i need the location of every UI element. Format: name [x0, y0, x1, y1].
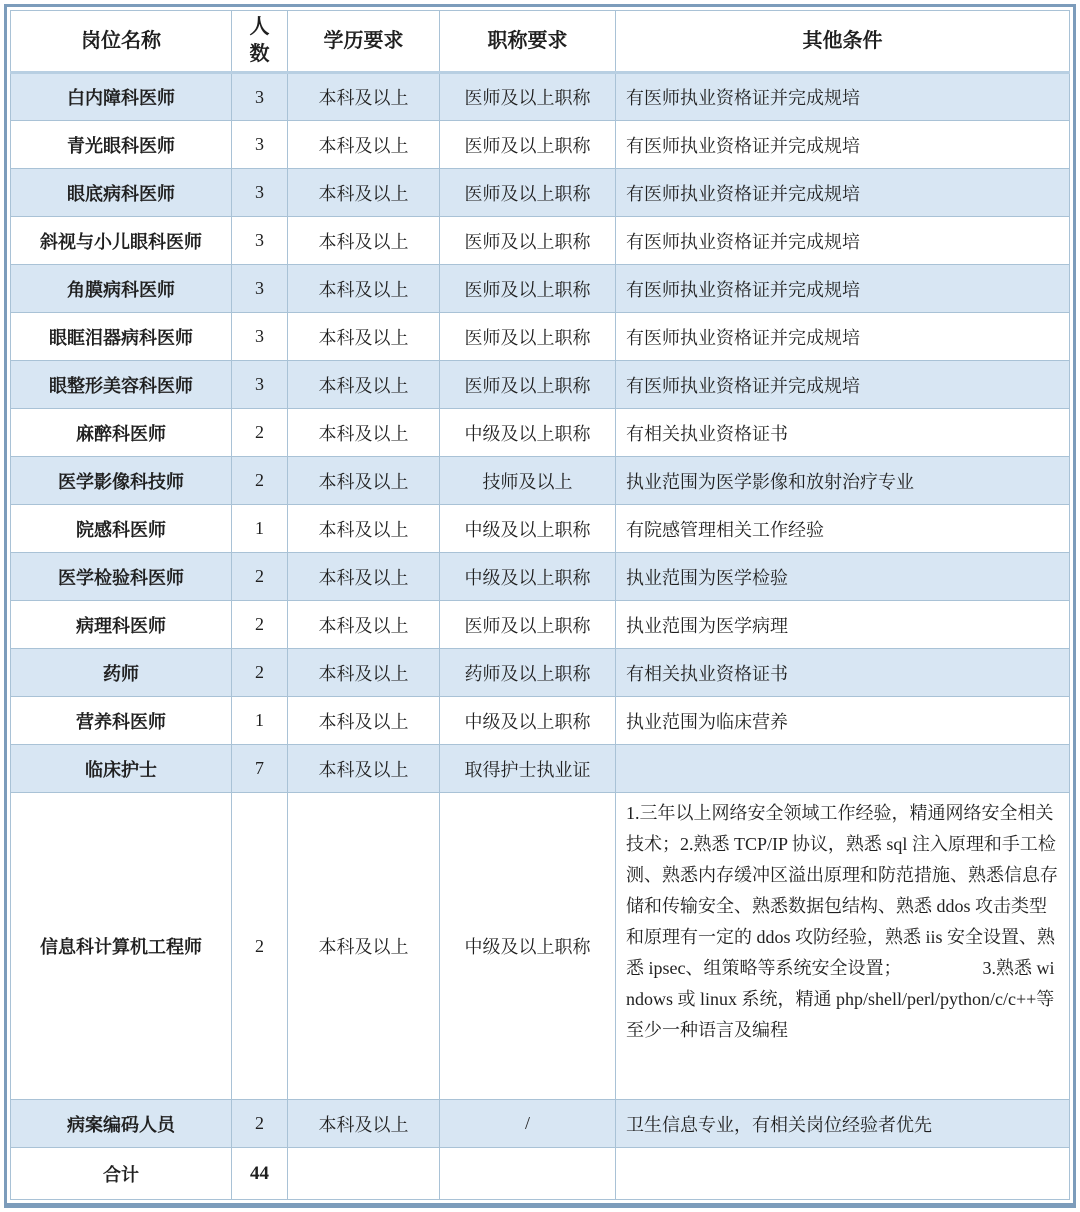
cell-position: 合计: [11, 1148, 232, 1200]
cell-position: 角膜病科医师: [11, 265, 232, 313]
recruitment-table: 岗位名称 人数 学历要求 职称要求 其他条件 白内障科医师3本科及以上医师及以上…: [10, 10, 1070, 1200]
cell-count: 2: [232, 1100, 288, 1148]
cell-title: 医师及以上职称: [440, 313, 616, 361]
table-row: 白内障科医师3本科及以上医师及以上职称有医师执业资格证并完成规培: [11, 73, 1070, 121]
cell-count: 3: [232, 361, 288, 409]
cell-other: 有院感管理相关工作经验: [616, 505, 1070, 553]
cell-other: 有医师执业资格证并完成规培: [616, 121, 1070, 169]
cell-position: 病理科医师: [11, 601, 232, 649]
cell-education: 本科及以上: [288, 1100, 440, 1148]
cell-education: 本科及以上: [288, 121, 440, 169]
cell-position: 病案编码人员: [11, 1100, 232, 1148]
cell-other: 有相关执业资格证书: [616, 409, 1070, 457]
cell-other: 有医师执业资格证并完成规培: [616, 313, 1070, 361]
column-header-title: 职称要求: [440, 11, 616, 73]
cell-count: 1: [232, 505, 288, 553]
cell-education: 本科及以上: [288, 265, 440, 313]
cell-title: 医师及以上职称: [440, 217, 616, 265]
table-row: 眼底病科医师3本科及以上医师及以上职称有医师执业资格证并完成规培: [11, 169, 1070, 217]
cell-other: 1.三年以上网络安全领域工作经验，精通网络安全相关技术；2.熟悉 TCP/IP …: [616, 793, 1070, 1100]
cell-other: 执业范围为医学影像和放射治疗专业: [616, 457, 1070, 505]
cell-position: 院感科医师: [11, 505, 232, 553]
cell-education: 本科及以上: [288, 745, 440, 793]
cell-position: 信息科计算机工程师: [11, 793, 232, 1100]
cell-title: [440, 1148, 616, 1200]
cell-title: 医师及以上职称: [440, 121, 616, 169]
cell-position: 眼眶泪器病科医师: [11, 313, 232, 361]
table-row: 角膜病科医师3本科及以上医师及以上职称有医师执业资格证并完成规培: [11, 265, 1070, 313]
table-row: 青光眼科医师3本科及以上医师及以上职称有医师执业资格证并完成规培: [11, 121, 1070, 169]
cell-other: 有医师执业资格证并完成规培: [616, 265, 1070, 313]
cell-education: 本科及以上: [288, 649, 440, 697]
cell-education: 本科及以上: [288, 457, 440, 505]
cell-position: 白内障科医师: [11, 73, 232, 121]
cell-position: 眼底病科医师: [11, 169, 232, 217]
cell-other: 有医师执业资格证并完成规培: [616, 169, 1070, 217]
cell-title: 中级及以上职称: [440, 553, 616, 601]
cell-position: 眼整形美容科医师: [11, 361, 232, 409]
table-row: 信息科计算机工程师2本科及以上中级及以上职称1.三年以上网络安全领域工作经验，精…: [11, 793, 1070, 1100]
table-row: 营养科医师1本科及以上中级及以上职称执业范围为临床营养: [11, 697, 1070, 745]
cell-education: 本科及以上: [288, 217, 440, 265]
table-row: 麻醉科医师2本科及以上中级及以上职称有相关执业资格证书: [11, 409, 1070, 457]
cell-position: 临床护士: [11, 745, 232, 793]
cell-count: 1: [232, 697, 288, 745]
cell-title: 中级及以上职称: [440, 793, 616, 1100]
cell-other: 执业范围为医学病理: [616, 601, 1070, 649]
cell-title: 医师及以上职称: [440, 361, 616, 409]
table-row: 医学影像科技师2本科及以上技师及以上执业范围为医学影像和放射治疗专业: [11, 457, 1070, 505]
cell-other: [616, 1148, 1070, 1200]
cell-title: 医师及以上职称: [440, 169, 616, 217]
cell-other: 执业范围为临床营养: [616, 697, 1070, 745]
cell-other: 有医师执业资格证并完成规培: [616, 73, 1070, 121]
table-row: 临床护士7本科及以上取得护士执业证: [11, 745, 1070, 793]
cell-count: 7: [232, 745, 288, 793]
header-row: 岗位名称 人数 学历要求 职称要求 其他条件: [11, 11, 1070, 73]
cell-title: 医师及以上职称: [440, 265, 616, 313]
cell-count: 2: [232, 793, 288, 1100]
cell-title: /: [440, 1100, 616, 1148]
cell-education: 本科及以上: [288, 73, 440, 121]
cell-title: 药师及以上职称: [440, 649, 616, 697]
column-header-other: 其他条件: [616, 11, 1070, 73]
cell-title: 中级及以上职称: [440, 697, 616, 745]
table-row: 医学检验科医师2本科及以上中级及以上职称执业范围为医学检验: [11, 553, 1070, 601]
cell-education: 本科及以上: [288, 697, 440, 745]
cell-title: 技师及以上: [440, 457, 616, 505]
cell-other: 执业范围为医学检验: [616, 553, 1070, 601]
cell-count: 2: [232, 409, 288, 457]
cell-other: 有医师执业资格证并完成规培: [616, 217, 1070, 265]
cell-title: 中级及以上职称: [440, 505, 616, 553]
cell-count: 44: [232, 1148, 288, 1200]
table-row: 药师2本科及以上药师及以上职称有相关执业资格证书: [11, 649, 1070, 697]
cell-count: 2: [232, 649, 288, 697]
table-row: 院感科医师1本科及以上中级及以上职称有院感管理相关工作经验: [11, 505, 1070, 553]
cell-count: 2: [232, 457, 288, 505]
cell-position: 斜视与小儿眼科医师: [11, 217, 232, 265]
cell-position: 营养科医师: [11, 697, 232, 745]
cell-education: 本科及以上: [288, 409, 440, 457]
cell-other: 有相关执业资格证书: [616, 649, 1070, 697]
table-row: 斜视与小儿眼科医师3本科及以上医师及以上职称有医师执业资格证并完成规培: [11, 217, 1070, 265]
cell-other: [616, 745, 1070, 793]
table-body: 白内障科医师3本科及以上医师及以上职称有医师执业资格证并完成规培青光眼科医师3本…: [11, 73, 1070, 1200]
table-row: 眼眶泪器病科医师3本科及以上医师及以上职称有医师执业资格证并完成规培: [11, 313, 1070, 361]
column-header-position: 岗位名称: [11, 11, 232, 73]
cell-count: 3: [232, 217, 288, 265]
cell-position: 青光眼科医师: [11, 121, 232, 169]
cell-education: 本科及以上: [288, 601, 440, 649]
cell-position: 医学影像科技师: [11, 457, 232, 505]
cell-count: 3: [232, 265, 288, 313]
cell-title: 医师及以上职称: [440, 73, 616, 121]
cell-education: 本科及以上: [288, 169, 440, 217]
table-row: 眼整形美容科医师3本科及以上医师及以上职称有医师执业资格证并完成规培: [11, 361, 1070, 409]
cell-count: 3: [232, 121, 288, 169]
cell-count: 3: [232, 169, 288, 217]
cell-title: 取得护士执业证: [440, 745, 616, 793]
table-row: 病案编码人员2本科及以上/卫生信息专业，有相关岗位经验者优先: [11, 1100, 1070, 1148]
total-row: 合计44: [11, 1148, 1070, 1200]
cell-count: 2: [232, 601, 288, 649]
cell-other: 卫生信息专业，有相关岗位经验者优先: [616, 1100, 1070, 1148]
cell-count: 3: [232, 73, 288, 121]
cell-education: [288, 1148, 440, 1200]
cell-title: 医师及以上职称: [440, 601, 616, 649]
cell-education: 本科及以上: [288, 361, 440, 409]
cell-education: 本科及以上: [288, 313, 440, 361]
cell-count: 2: [232, 553, 288, 601]
recruitment-table-frame: 岗位名称 人数 学历要求 职称要求 其他条件 白内障科医师3本科及以上医师及以上…: [4, 4, 1076, 1208]
table-row: 病理科医师2本科及以上医师及以上职称执业范围为医学病理: [11, 601, 1070, 649]
column-header-count: 人数: [232, 11, 288, 73]
cell-education: 本科及以上: [288, 793, 440, 1100]
cell-title: 中级及以上职称: [440, 409, 616, 457]
cell-position: 麻醉科医师: [11, 409, 232, 457]
cell-education: 本科及以上: [288, 505, 440, 553]
column-header-education: 学历要求: [288, 11, 440, 73]
cell-position: 医学检验科医师: [11, 553, 232, 601]
cell-position: 药师: [11, 649, 232, 697]
table-header: 岗位名称 人数 学历要求 职称要求 其他条件: [11, 11, 1070, 73]
cell-education: 本科及以上: [288, 553, 440, 601]
cell-other: 有医师执业资格证并完成规培: [616, 361, 1070, 409]
cell-count: 3: [232, 313, 288, 361]
